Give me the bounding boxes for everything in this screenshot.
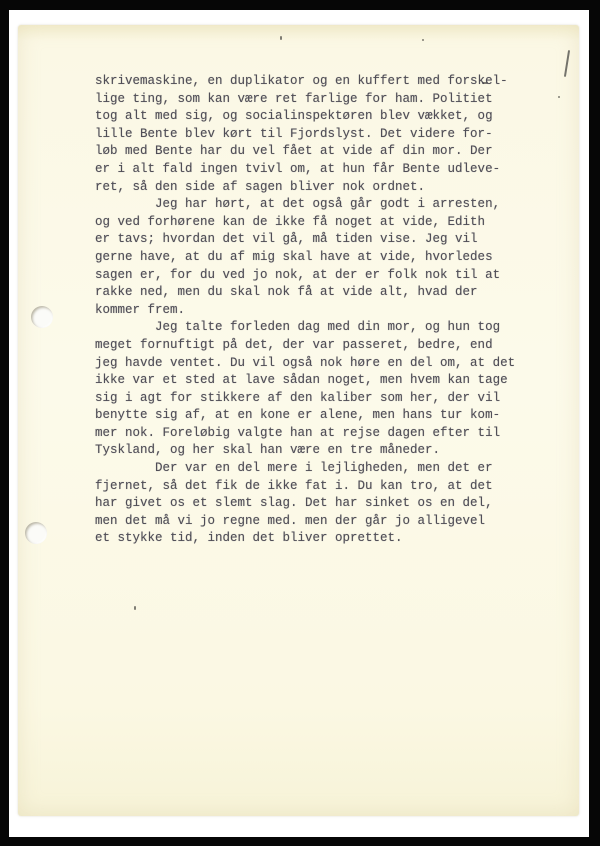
- text-line: løb med Bente har du vel fået at vide af…: [95, 143, 515, 161]
- text-line: sagen er, for du ved jo nok, at der er f…: [95, 267, 515, 285]
- text-line: Tyskland, og her skal han være en tre må…: [95, 442, 515, 460]
- scanned-letter-screenshot: { "colors": { "frame": "#060606", "scan_…: [0, 0, 600, 846]
- text-line: Jeg har hørt, at det også går godt i arr…: [95, 196, 515, 214]
- text-line: sig i agt for stikkere af den kaliber so…: [95, 390, 515, 408]
- text-line: et stykke tid, inden det bliver oprettet…: [95, 530, 515, 548]
- text-line: ikke var et sted at lave sådan noget, me…: [95, 372, 515, 390]
- punch-hole-bottom: [25, 522, 47, 544]
- letter-body: skrivemaskine, en duplikator og en kuffe…: [95, 73, 515, 548]
- text-line: ret, så den side af sagen bliver nok ord…: [95, 179, 515, 197]
- text-line: og ved forhørene kan de ikke få noget at…: [95, 214, 515, 232]
- dust-speck: [422, 39, 424, 41]
- punch-hole-top: [31, 306, 53, 328]
- text-line: jeg havde ventet. Du vil også nok høre e…: [95, 355, 515, 373]
- text-line: rakke ned, men du skal nok få at vide al…: [95, 284, 515, 302]
- text-line: er tavs; hvordan det vil gå, må tiden vi…: [95, 231, 515, 249]
- text-line: meget fornuftigt på det, der var passere…: [95, 337, 515, 355]
- text-line: tog alt med sig, og socialinspektøren bl…: [95, 108, 515, 126]
- text-line: Jeg talte forleden dag med din mor, og h…: [95, 319, 515, 337]
- text-line: men det må vi jo regne med. men der går …: [95, 513, 515, 531]
- scanner-background: skrivemaskine, en duplikator og en kuffe…: [9, 10, 589, 837]
- pencil-check-mark: [564, 50, 570, 77]
- text-line: Der var en del mere i lejligheden, men d…: [95, 460, 515, 478]
- text-line: er i alt fald ingen tvivl om, at hun får…: [95, 161, 515, 179]
- text-line: mer nok. Foreløbig valgte han at rejse d…: [95, 425, 515, 443]
- text-line: har givet os et slemt slag. Det har sink…: [95, 495, 515, 513]
- dust-speck: [558, 96, 560, 98]
- dust-speck: [280, 36, 282, 40]
- text-line: gerne have, at du af mig skal have at vi…: [95, 249, 515, 267]
- text-line: benytte sig af, at en kone er alene, men…: [95, 407, 515, 425]
- text-line: skrivemaskine, en duplikator og en kuffe…: [95, 73, 515, 91]
- text-line: fjernet, så det fik de ikke fat i. Du ka…: [95, 478, 515, 496]
- letter-page: skrivemaskine, en duplikator og en kuffe…: [18, 25, 579, 816]
- dust-speck: [134, 606, 136, 610]
- text-line: lille Bente blev kørt til Fjordslyst. De…: [95, 126, 515, 144]
- text-line: kommer frem.: [95, 302, 515, 320]
- text-line: lige ting, som kan være ret farlige for …: [95, 91, 515, 109]
